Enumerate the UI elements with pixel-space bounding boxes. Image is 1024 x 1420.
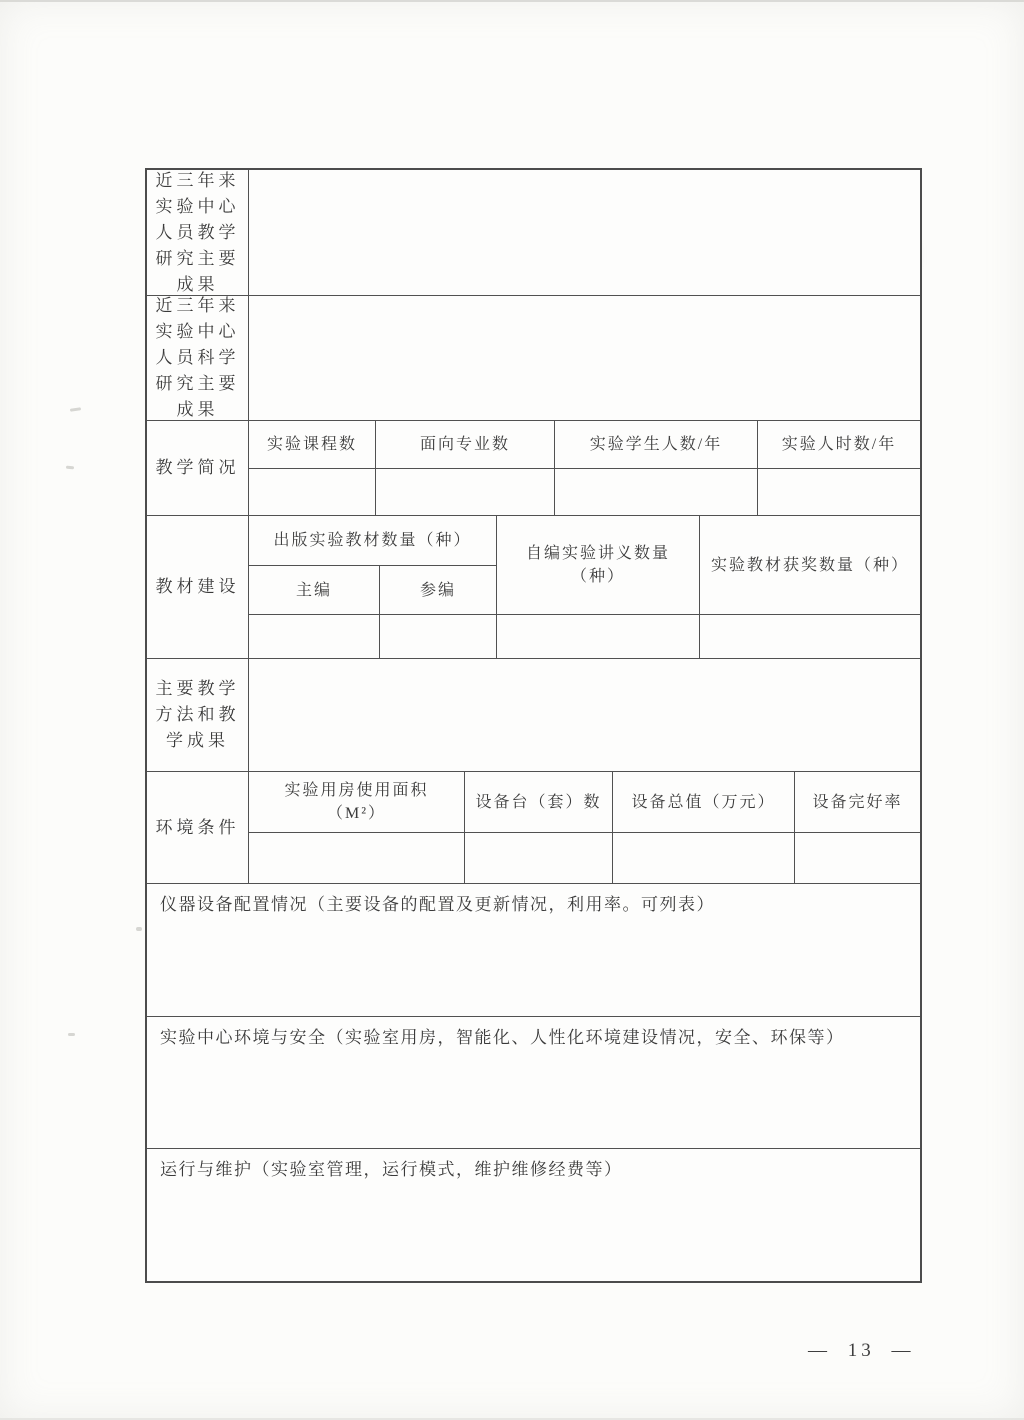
row-label-cell: 近三年来实验中心人员教学研究主要成果 [147, 170, 249, 295]
row-label-cell: 主要教学方法和教学成果 [147, 659, 249, 771]
column-header: 设备总值（万元） [612, 772, 794, 832]
value-cell [757, 468, 920, 515]
value-cell [249, 468, 375, 515]
co-editor-header: 参编 [379, 565, 496, 614]
column-header: 面向专业数 [375, 421, 554, 468]
row-teaching-research-results: 近三年来实验中心人员教学研究主要成果 [147, 170, 920, 295]
row-environment-safety: 实验中心环境与安全（实验室用房，智能化、人性化环境建设情况，安全、环保等） [147, 1016, 920, 1148]
equipment-configuration-section: 仪器设备配置情况（主要设备的配置及更新情况，利用率。可列表） [147, 884, 920, 1016]
value-cell [699, 614, 920, 658]
column-header: 实验学生人数/年 [554, 421, 757, 468]
page-number: — 13 — [808, 1340, 915, 1362]
scan-edge-artifact [0, 0, 1024, 2]
row-equipment-configuration: 仪器设备配置情况（主要设备的配置及更新情况，利用率。可列表） [147, 883, 920, 1016]
published-textbooks-header: 出版实验教材数量（种） [249, 516, 496, 565]
row-label: 近三年来实验中心人员教学研究主要成果 [154, 168, 241, 298]
row-label: 近三年来实验中心人员科学研究主要成果 [154, 293, 241, 423]
row-scientific-research-results: 近三年来实验中心人员科学研究主要成果 [147, 295, 920, 420]
lab-center-form-table: 近三年来实验中心人员教学研究主要成果 近三年来实验中心人员科学研究主要成果 教学… [145, 168, 922, 1283]
value-cell [464, 832, 612, 883]
value-cell [379, 614, 496, 658]
row-label: 教材建设 [156, 574, 240, 600]
environment-safety-section: 实验中心环境与安全（实验室用房，智能化、人性化环境建设情况，安全、环保等） [147, 1017, 920, 1148]
row-operation-maintenance: 运行与维护（实验室管理，运行模式，维护维修经费等） [147, 1148, 920, 1281]
scan-artifact [70, 407, 81, 412]
scanned-form-page: 近三年来实验中心人员教学研究主要成果 近三年来实验中心人员科学研究主要成果 教学… [0, 0, 1024, 1420]
self-compiled-header: 自编实验讲义数量 （种） [496, 516, 699, 614]
scan-artifact [68, 1033, 75, 1036]
award-header: 实验教材获奖数量（种） [699, 516, 920, 614]
value-cell [249, 832, 464, 883]
teaching-research-content-cell [249, 170, 920, 295]
textbook-grid: 出版实验教材数量（种） 自编实验讲义数量 （种） 实验教材获奖数量（种） 主编 … [249, 516, 920, 658]
row-label-cell: 教材建设 [147, 516, 249, 658]
row-teaching-methods: 主要教学方法和教学成果 [147, 658, 920, 771]
teaching-overview-grid-wrap: 实验课程数 面向专业数 实验学生人数/年 实验人时数/年 [249, 421, 920, 515]
value-cell [794, 832, 920, 883]
row-label-cell: 近三年来实验中心人员科学研究主要成果 [147, 296, 249, 420]
column-header: 实验用房使用面积 （M²） [249, 772, 464, 832]
scan-artifact [66, 466, 74, 470]
row-textbook-construction: 教材建设 出版实验教材数量（种） 自编实验讲义数量 （种） 实验教材获奖数量（种… [147, 515, 920, 658]
value-cell [554, 468, 757, 515]
row-environment-conditions: 环境条件 实验用房使用面积 （M²） 设备台（套）数 设备总值（万元） 设备完好… [147, 771, 920, 883]
value-cell [612, 832, 794, 883]
row-label: 主要教学方法和教学成果 [154, 676, 241, 754]
column-header: 实验课程数 [249, 421, 375, 468]
environment-grid-wrap: 实验用房使用面积 （M²） 设备台（套）数 设备总值（万元） 设备完好率 [249, 772, 920, 883]
textbook-grid-wrap: 出版实验教材数量（种） 自编实验讲义数量 （种） 实验教材获奖数量（种） 主编 … [249, 516, 920, 658]
environment-grid: 实验用房使用面积 （M²） 设备台（套）数 设备总值（万元） 设备完好率 [249, 772, 920, 883]
row-label: 教学简况 [156, 455, 240, 481]
row-label-cell: 环境条件 [147, 772, 249, 883]
chief-editor-header: 主编 [249, 565, 379, 614]
scientific-research-content-cell [249, 296, 920, 420]
column-header: 实验人时数/年 [757, 421, 920, 468]
value-cell [496, 614, 699, 658]
value-cell [249, 614, 379, 658]
teaching-overview-grid: 实验课程数 面向专业数 实验学生人数/年 实验人时数/年 [249, 421, 920, 515]
teaching-methods-content-cell [249, 659, 920, 771]
column-header: 设备台（套）数 [464, 772, 612, 832]
row-label: 环境条件 [156, 815, 240, 841]
row-label-cell: 教学简况 [147, 421, 249, 515]
row-teaching-overview: 教学简况 实验课程数 面向专业数 实验学生人数/年 实验人时数/年 [147, 420, 920, 515]
scan-artifact [136, 927, 142, 931]
column-header: 设备完好率 [794, 772, 920, 832]
operation-maintenance-section: 运行与维护（实验室管理，运行模式，维护维修经费等） [147, 1149, 920, 1281]
value-cell [375, 468, 554, 515]
